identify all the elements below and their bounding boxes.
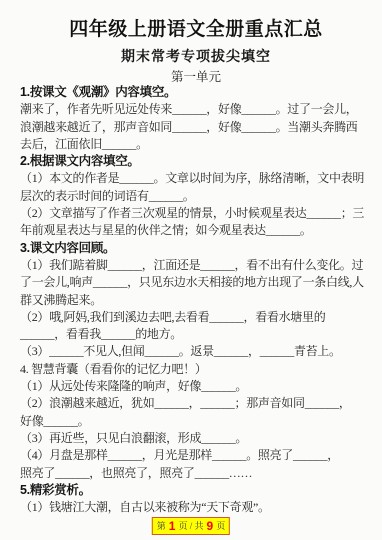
content-line: 潮来了，作者先听见远处传来______，好像______。过了一会儿，	[20, 101, 372, 118]
section-heading: 2.根据课文内容填空。	[20, 153, 372, 170]
worksheet-page: 四年级上册语文全册重点汇总 期末常考专项拔尖填空 第一单元 1.按课文《观潮》内…	[0, 20, 382, 516]
page-label-mid: 页 / 共	[178, 518, 203, 534]
content-line: （2）浪潮越来越近，犹如______，______；那声音如同______，	[20, 395, 372, 412]
content-line: （3）______不见人,但闻______。返景______，______青苔上…	[20, 343, 372, 360]
content-line: 好像______。	[20, 413, 372, 430]
page-label-suffix: 页	[216, 518, 225, 534]
page-subtitle: 期末常考专项拔尖填空	[20, 49, 372, 63]
content-line: 去后，江面依旧______。	[20, 136, 372, 153]
section-heading: 3.课文内容回顾。	[20, 240, 372, 257]
total-pages-number: 9	[206, 518, 215, 534]
content-line: （1）我们踮着脚______，江面还是______，看不出有什么变化。过	[20, 257, 372, 274]
content-line: （2）哦,阿妈,我们到溪边去吧,去看看______，看看水塘里的	[20, 309, 372, 326]
content-line: 层次的表示时间的词语有______。	[20, 188, 372, 205]
section-heading: 5.精彩赏析。	[20, 482, 372, 499]
content-line: （4）月盘是那样______，月光是那样______。照亮了______，	[20, 447, 372, 464]
worksheet-content: 1.按课文《观潮》内容填空。潮来了，作者先听见远处传来______，好像____…	[20, 84, 372, 516]
content-line: （1）钱塘江大潮，自古以来被称为“天下奇观”。	[20, 499, 372, 516]
content-line: （3）再近些，只见白浪翻滚，形成______。	[20, 430, 372, 447]
page-number-badge: 第 1 页 / 共 9 页	[152, 517, 230, 535]
content-line: （2）文章描写了作者三次观星的情景，小时候观星表达______；三	[20, 205, 372, 222]
content-line: （1）从远处传来隆隆的响声，好像______。	[20, 378, 372, 395]
content-line: 了一会儿,响声______，只见东边水天相接的地方出现了一条白线,人	[20, 274, 372, 291]
content-line: 年前观星表达与星星的伙伴之情；如今观星表达______。	[20, 222, 372, 239]
content-line: 浪潮越来越近了，那声音如同______，好像______。当潮头奔腾西	[20, 119, 372, 136]
page-title: 四年级上册语文全册重点汇总	[20, 20, 372, 40]
page-label-prefix: 第	[157, 518, 166, 534]
content-line: 群又沸腾起来。	[20, 292, 372, 309]
section-heading: 4. 智慧背囊（看看你的记忆力吧！）	[20, 361, 372, 378]
section-heading: 1.按课文《观潮》内容填空。	[20, 84, 372, 101]
content-line: （1）本文的作者是______。文章以时间为序，脉络清晰，文中表明	[20, 170, 372, 187]
content-line: ______，看看我______的地方。	[20, 326, 372, 343]
content-line: 照亮了______，也照亮了，照亮了______……	[20, 465, 372, 482]
unit-heading: 第一单元	[20, 71, 372, 84]
current-page-number: 1	[168, 518, 177, 534]
